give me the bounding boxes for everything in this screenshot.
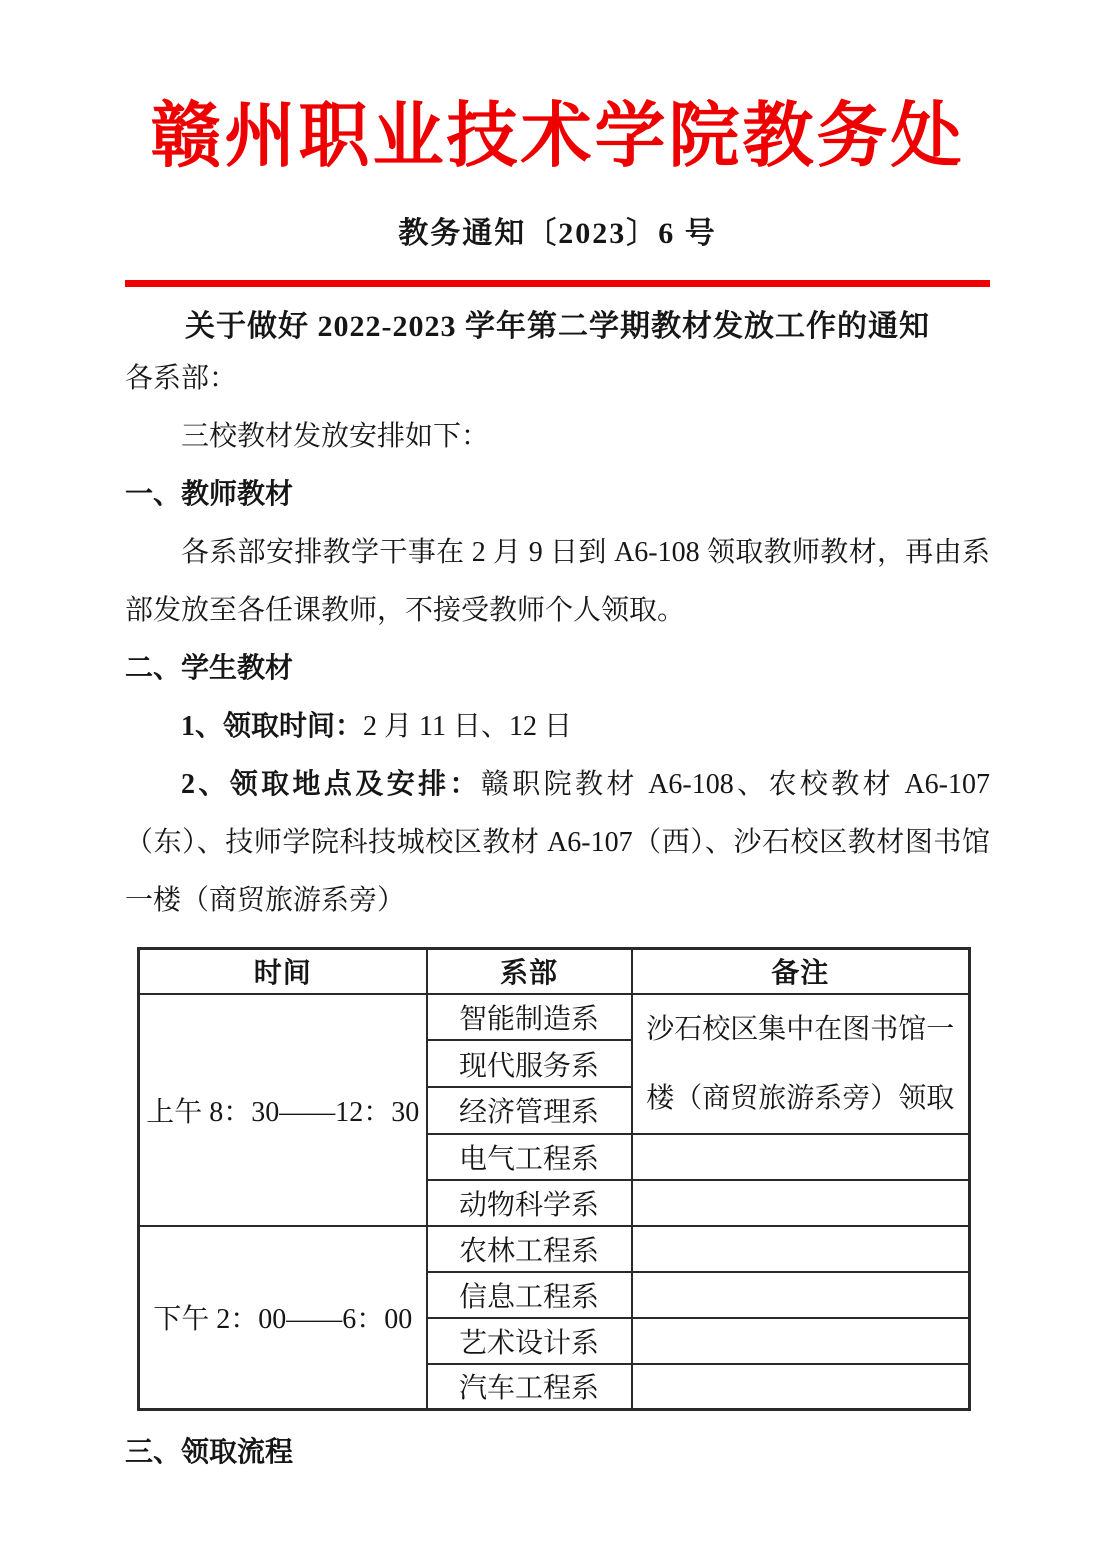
department-cell: 信息工程系	[427, 1272, 632, 1318]
pickup-place-line: 2、领取地点及安排：赣职院教材 A6-108、农校教材 A6-107（东）、技师…	[125, 756, 990, 930]
notice-body: 各系部： 三校教材发放安排如下： 一、教师教材 各系部安排教学干事在 2 月 9…	[125, 350, 990, 1482]
salutation: 各系部：	[125, 350, 990, 408]
remark-cell-empty	[632, 1180, 970, 1226]
header-department: 系部	[427, 949, 632, 994]
department-cell: 智能制造系	[427, 994, 632, 1041]
header-time: 时间	[139, 949, 427, 994]
department-cell: 艺术设计系	[427, 1318, 632, 1364]
header-remark: 备注	[632, 949, 970, 994]
table-row: 下午 2：00——6：00 农林工程系	[139, 1226, 970, 1272]
pickup-time-line: 1、领取时间：2 月 11 日、12 日	[125, 698, 990, 756]
document-number: 教务通知〔2023〕6 号	[125, 208, 990, 252]
red-divider-line	[125, 280, 990, 287]
remark-cell-empty	[632, 1318, 970, 1364]
section3-heading: 三、领取流程	[125, 1424, 990, 1482]
pickup-time-value: 2 月 11 日、12 日	[363, 711, 572, 742]
section2-heading: 二、学生教材	[125, 640, 990, 698]
pickup-place-label: 2、领取地点及安排：	[181, 769, 481, 800]
department-cell: 动物科学系	[427, 1180, 632, 1226]
remark-cell-empty	[632, 1272, 970, 1318]
remark-cell-empty	[632, 1226, 970, 1272]
department-cell: 电气工程系	[427, 1134, 632, 1180]
notice-page: 赣州职业技术学院教务处 教务通知〔2023〕6 号 关于做好 2022-2023…	[0, 0, 1102, 1559]
notice-title: 关于做好 2022-2023 学年第二学期教材发放工作的通知	[125, 308, 990, 346]
department-cell: 现代服务系	[427, 1040, 632, 1087]
remark-cell-empty	[632, 1134, 970, 1180]
remark-cell-empty	[632, 1364, 970, 1410]
intro-line: 三校教材发放安排如下：	[125, 408, 990, 466]
remark-cell: 沙石校区集中在图书馆一楼（商贸旅游系旁）领取	[632, 994, 970, 1134]
schedule-table: 时间 系部 备注 上午 8：30——12：30 智能制造系 沙石校区集中在图书馆…	[137, 947, 971, 1411]
section1-body: 各系部安排教学干事在 2 月 9 日到 A6-108 领取教师教材，再由系部发放…	[125, 524, 990, 640]
table-header-row: 时间 系部 备注	[139, 949, 970, 994]
department-cell: 经济管理系	[427, 1087, 632, 1134]
section1-heading: 一、教师教材	[125, 466, 990, 524]
time-cell-morning: 上午 8：30——12：30	[139, 994, 427, 1226]
department-cell: 汽车工程系	[427, 1364, 632, 1410]
masthead-title: 赣州职业技术学院教务处	[125, 96, 990, 176]
time-cell-afternoon: 下午 2：00——6：00	[139, 1226, 427, 1410]
table-row: 上午 8：30——12：30 智能制造系 沙石校区集中在图书馆一楼（商贸旅游系旁…	[139, 994, 970, 1041]
department-cell: 农林工程系	[427, 1226, 632, 1272]
pickup-time-label: 1、领取时间：	[181, 711, 363, 742]
